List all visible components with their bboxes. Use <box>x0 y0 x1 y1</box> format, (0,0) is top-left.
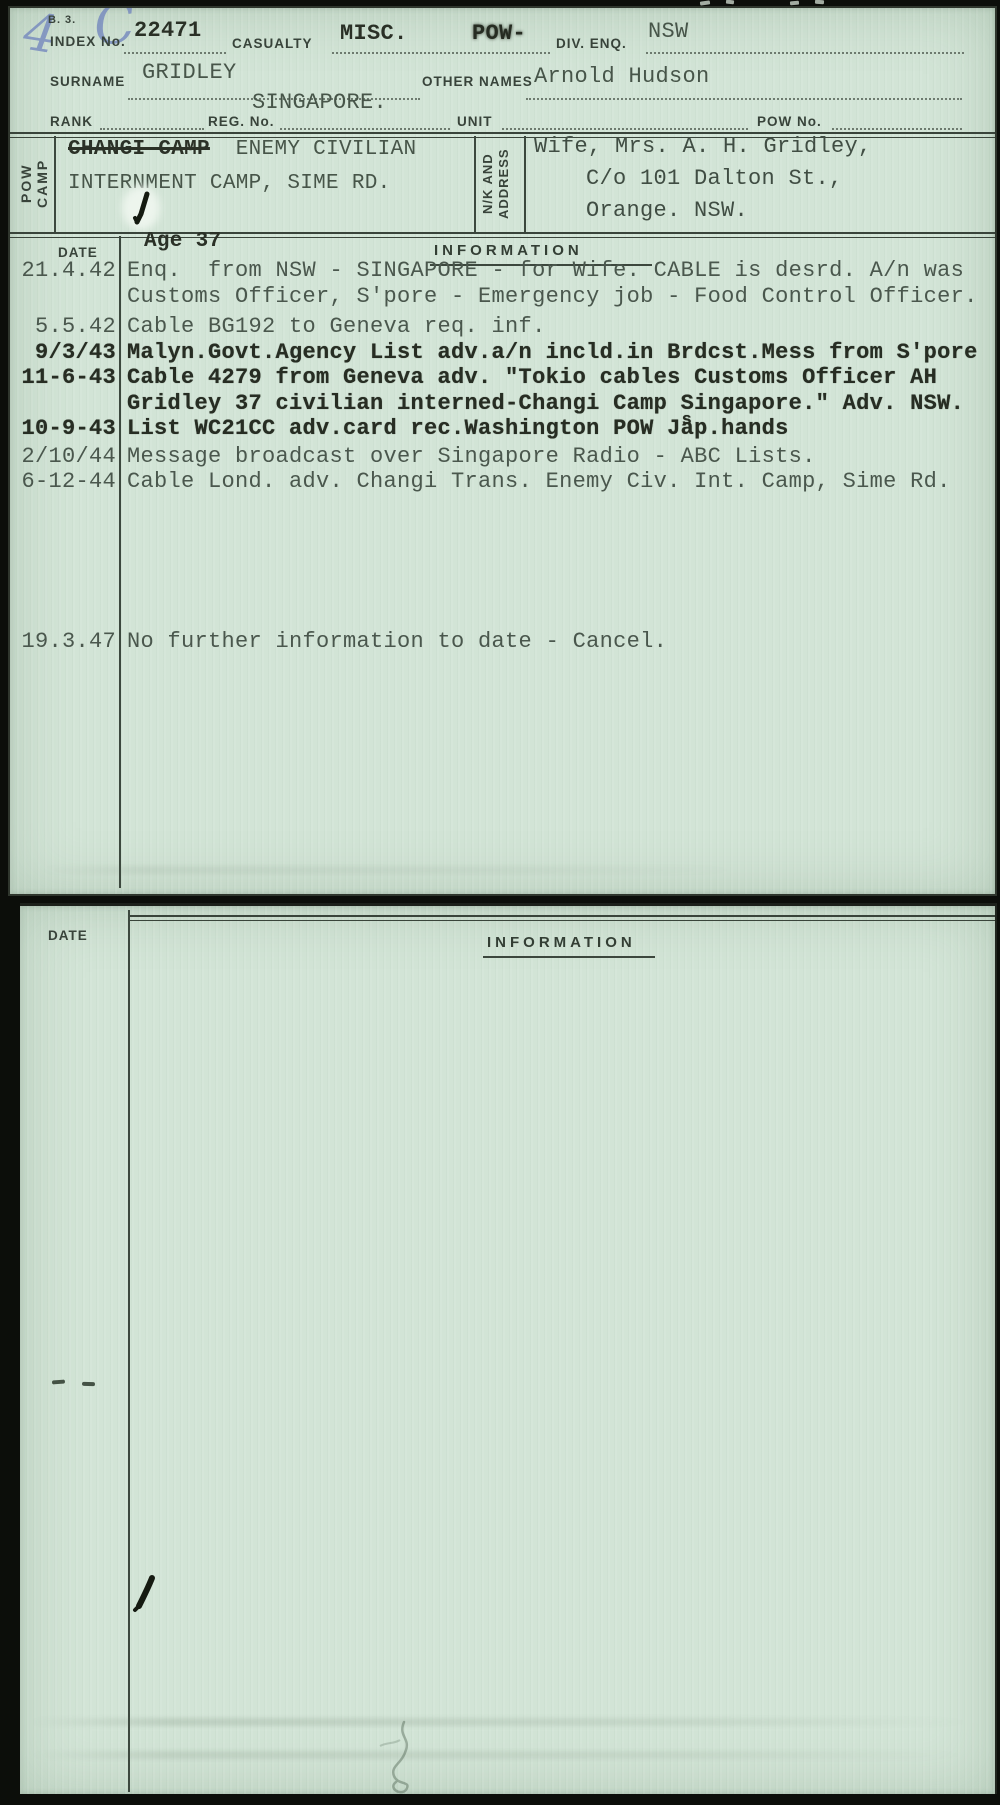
dotted-leader <box>646 52 964 54</box>
ink-check-mark <box>130 188 156 226</box>
nk-address-line2: C/o 101 Dalton St., <box>586 166 843 191</box>
entry-text: Cable BG192 to Geneva req. inf. <box>127 314 546 340</box>
entry-date: 10-9-43 <box>10 416 116 444</box>
entry-text: No further information to date - Cancel. <box>127 629 667 655</box>
entry-text: List WC21CC adv.card rec.Washington POW … <box>127 416 789 444</box>
nk-label-line1: N/K AND <box>480 138 495 230</box>
info-entry: 2/10/44Message broadcast over Singapore … <box>10 444 995 470</box>
other-names-label: OTHER NAMES <box>422 74 533 89</box>
dotted-leader <box>100 128 204 130</box>
info-entry: 21.4.42Enq. from NSW - SINGAPORE - for W… <box>10 258 995 284</box>
nk-address-vertical-label: N/K AND ADDRESS <box>480 138 511 230</box>
camp-line1: CHANGI CAMP ENEMY CIVILIAN <box>68 138 416 161</box>
pow-no-label: POW No. <box>757 114 822 129</box>
information-underline <box>483 956 655 958</box>
place-value: SINGAPORE. <box>252 90 387 115</box>
dotted-leader <box>832 128 962 130</box>
reg-no-label: REG. No. <box>208 114 275 129</box>
info-entry: 6-12-44Cable Lond. adv. Changi Trans. En… <box>10 469 995 495</box>
entry-text: Cable Lond. adv. Changi Trans. Enemy Civ… <box>127 469 951 495</box>
index-no-label: INDEX No. <box>50 34 126 49</box>
surname-label: SURNAME <box>50 74 125 89</box>
scan-artifact-mark <box>700 0 710 5</box>
entry-date: 5.5.42 <box>10 314 116 340</box>
camp-line2: INTERNMENT CAMP, SIME RD. <box>68 172 391 195</box>
info-entry: Customs Officer, S'pore - Emergency job … <box>10 284 995 310</box>
info-entry: 10-9-43List WC21CC adv.card rec.Washingt… <box>10 416 995 444</box>
info-entry: 11-6-43Cable 4279 from Geneva adv. "Toki… <box>10 365 995 391</box>
date-header: DATE <box>48 928 88 943</box>
dotted-leader <box>502 128 748 130</box>
entry-date: 21.4.42 <box>10 258 116 284</box>
date-column-rule <box>128 910 130 1792</box>
pencil-scribble <box>360 1716 440 1794</box>
dotted-leader <box>526 98 962 100</box>
entry-date: 9/3/43 <box>10 340 116 366</box>
div-enq-value: NSW <box>648 19 689 44</box>
pencil-dash-mark <box>82 1382 95 1386</box>
information-header: INFORMATION <box>487 934 636 951</box>
entry-date: 11-6-43 <box>10 365 116 391</box>
casualty-value-pow: POW- <box>472 21 526 46</box>
entry-date: 6-12-44 <box>10 469 116 495</box>
nk-label-line2: ADDRESS <box>496 138 511 230</box>
info-entry: 5.5.42Cable BG192 to Geneva req. inf. <box>10 314 995 340</box>
top-rule <box>128 915 995 921</box>
scan-artifact-mark <box>726 0 734 4</box>
unit-label: UNIT <box>457 114 493 129</box>
info-entry: 9/3/43Malyn.Govt.Agency List adv.a/n inc… <box>10 340 995 366</box>
pencil-dash-mark <box>52 1380 65 1385</box>
nk-address-line3: Orange. NSW. <box>586 198 748 223</box>
entry-text: Gridley 37 civilian interned-Changi Camp… <box>127 391 964 417</box>
ghost-text-band <box>30 1718 970 1726</box>
column-rule <box>524 136 526 232</box>
camp-line1-text: ENEMY CIVILIAN <box>236 138 417 161</box>
scan-smudge <box>40 866 740 874</box>
casualty-label: CASUALTY <box>232 36 313 51</box>
scan-artifact-mark <box>815 0 824 4</box>
dotted-leader <box>124 52 226 54</box>
column-rule <box>474 136 476 232</box>
entry-date <box>10 284 116 310</box>
entry-text: Enq. from NSW - SINGAPORE - for Wife. CA… <box>127 258 964 284</box>
entry-text: Message broadcast over Singapore Radio -… <box>127 444 816 470</box>
entry-date: 19.3.47 <box>10 629 116 655</box>
entry-text: Malyn.Govt.Agency List adv.a/n incld.in … <box>127 340 978 366</box>
entry-date: 2/10/44 <box>10 444 116 470</box>
ink-stroke-mark <box>132 1574 158 1614</box>
nk-address-line1: Wife, Mrs. A. H. Gridley, <box>534 134 872 159</box>
info-entry: Gridley 37 civilian interned-Changi Camp… <box>10 391 995 417</box>
dotted-leader <box>332 52 550 54</box>
other-names-value: Arnold Hudson <box>534 64 710 89</box>
rank-label: RANK <box>50 114 93 129</box>
surname-value: GRIDLEY <box>142 60 237 85</box>
camp-line1-rest <box>210 138 236 161</box>
scan-artifact-mark <box>790 1 799 6</box>
ghost-text-band <box>30 1751 970 1759</box>
scanned-document-page: 4 C B. 3. INDEX No. 22471 CASUALTY MISC.… <box>0 0 1000 1805</box>
column-rule <box>54 136 56 232</box>
form-code: B. 3. <box>48 14 76 26</box>
info-entries: 21.4.42Enq. from NSW - SINGAPORE - for W… <box>10 258 995 654</box>
div-enq-label: DIV. ENQ. <box>556 36 627 51</box>
information-header: INFORMATION <box>434 242 583 259</box>
pow-index-card-front: 4 C B. 3. INDEX No. 22471 CASUALTY MISC.… <box>8 6 997 896</box>
entry-text: Customs Officer, S'pore - Emergency job … <box>127 284 978 310</box>
dotted-leader <box>280 128 450 130</box>
entry-date <box>10 391 116 417</box>
pow-index-card-continuation: DATE INFORMATION <box>20 903 997 1794</box>
index-no-value: 22471 <box>134 18 202 43</box>
pow-camp-vertical-label: POW CAMP <box>18 138 50 228</box>
info-entry: 19.3.47No further information to date - … <box>10 629 995 655</box>
camp-struck-text: CHANGI CAMP <box>68 138 210 161</box>
age-note: Age 37 <box>144 230 221 253</box>
casualty-value: MISC. <box>340 21 408 46</box>
entry-text: Cable 4279 from Geneva adv. "Tokio cable… <box>127 365 937 391</box>
